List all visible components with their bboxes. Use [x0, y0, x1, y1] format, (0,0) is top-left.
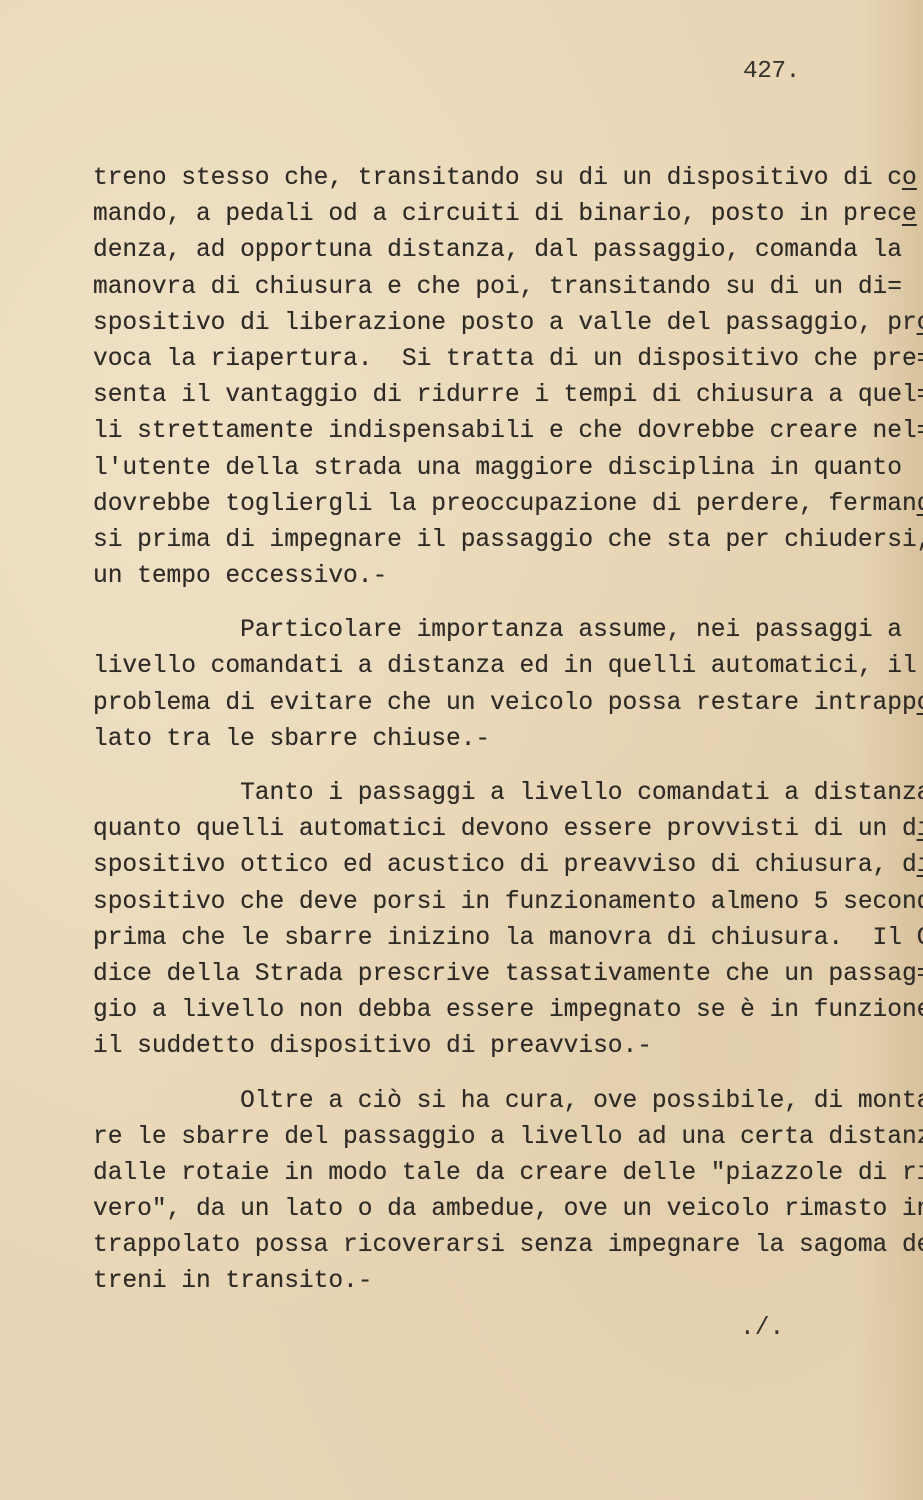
underlined-hyphenation: o	[917, 690, 923, 717]
paragraph-gap	[93, 758, 873, 776]
paragraph: Tanto i passaggi a livello comandati a d…	[93, 776, 873, 1066]
continuation-mark: ./.	[740, 1315, 784, 1342]
text-line: lato tra le sbarre chiuse.-	[93, 722, 873, 758]
text-line: livello comandati a distanza ed in quell…	[93, 649, 873, 685]
text-line: li strettamente indispensabili e che dov…	[93, 414, 873, 450]
text-line: vero", da un lato o da ambedue, ove un v…	[93, 1192, 873, 1228]
text-line: denza, ad opportuna distanza, dal passag…	[93, 233, 873, 269]
underlined-hyphenation: do	[917, 491, 923, 518]
text-line: l'utente della strada una maggiore disci…	[93, 451, 873, 487]
text-line: gio a livello non debba essere impegnato…	[93, 993, 873, 1029]
text-line: dalle rotaie in modo tale da creare dell…	[93, 1156, 873, 1192]
text-line: mando, a pedali od a circuiti di binario…	[93, 197, 873, 233]
text-line: dice della Strada prescrive tassativamen…	[93, 957, 873, 993]
text-line: il suddetto dispositivo di preavviso.-	[93, 1029, 873, 1065]
text-line: spositivo che deve porsi in funzionament…	[93, 885, 873, 921]
text-line: prima che le sbarre inizino la manovra d…	[93, 921, 873, 957]
underlined-hyphenation: o	[917, 310, 923, 337]
text-line: un tempo eccessivo.-	[93, 559, 873, 595]
paragraph: treno stesso che, transitando su di un d…	[93, 161, 873, 595]
paragraph-gap	[93, 1066, 873, 1084]
body-text: treno stesso che, transitando su di un d…	[93, 161, 873, 1301]
text-line: treno stesso che, transitando su di un d…	[93, 161, 873, 197]
text-line: spositivo ottico ed acustico di preavvis…	[93, 848, 873, 884]
text-line: voca la riapertura. Si tratta di un disp…	[93, 342, 873, 378]
text-line: trappolato possa ricoverarsi senza impeg…	[93, 1228, 873, 1264]
text-line: manovra di chiusura e che poi, transitan…	[93, 270, 873, 306]
text-line: si prima di impegnare il passaggio che s…	[93, 523, 873, 559]
typewritten-page: 427. treno stesso che, transitando su di…	[0, 0, 923, 1500]
text-line: quanto quelli automatici devono essere p…	[93, 812, 873, 848]
text-line: Oltre a ciò si ha cura, ove possibile, d…	[93, 1084, 873, 1120]
text-line: spositivo di liberazione posto a valle d…	[93, 306, 873, 342]
paragraph-gap	[93, 595, 873, 613]
underlined-hyphenation: e	[902, 201, 917, 228]
underlined-hyphenation: o	[902, 165, 917, 192]
paragraph: Oltre a ciò si ha cura, ove possibile, d…	[93, 1084, 873, 1301]
text-line: dovrebbe togliergli la preoccupazione di…	[93, 487, 873, 523]
text-line: Particolare importanza assume, nei passa…	[93, 613, 873, 649]
page-number: 427.	[743, 58, 800, 85]
paragraph: Particolare importanza assume, nei passa…	[93, 613, 873, 758]
text-line: problema di evitare che un veicolo possa…	[93, 686, 873, 722]
underlined-hyphenation: i	[917, 816, 923, 843]
underlined-hyphenation: i	[917, 852, 923, 879]
text-line: re le sbarre del passaggio a livello ad …	[93, 1120, 873, 1156]
text-line: Tanto i passaggi a livello comandati a d…	[93, 776, 873, 812]
text-line: senta il vantaggio di ridurre i tempi di…	[93, 378, 873, 414]
text-line: treni in transito.-	[93, 1264, 873, 1300]
